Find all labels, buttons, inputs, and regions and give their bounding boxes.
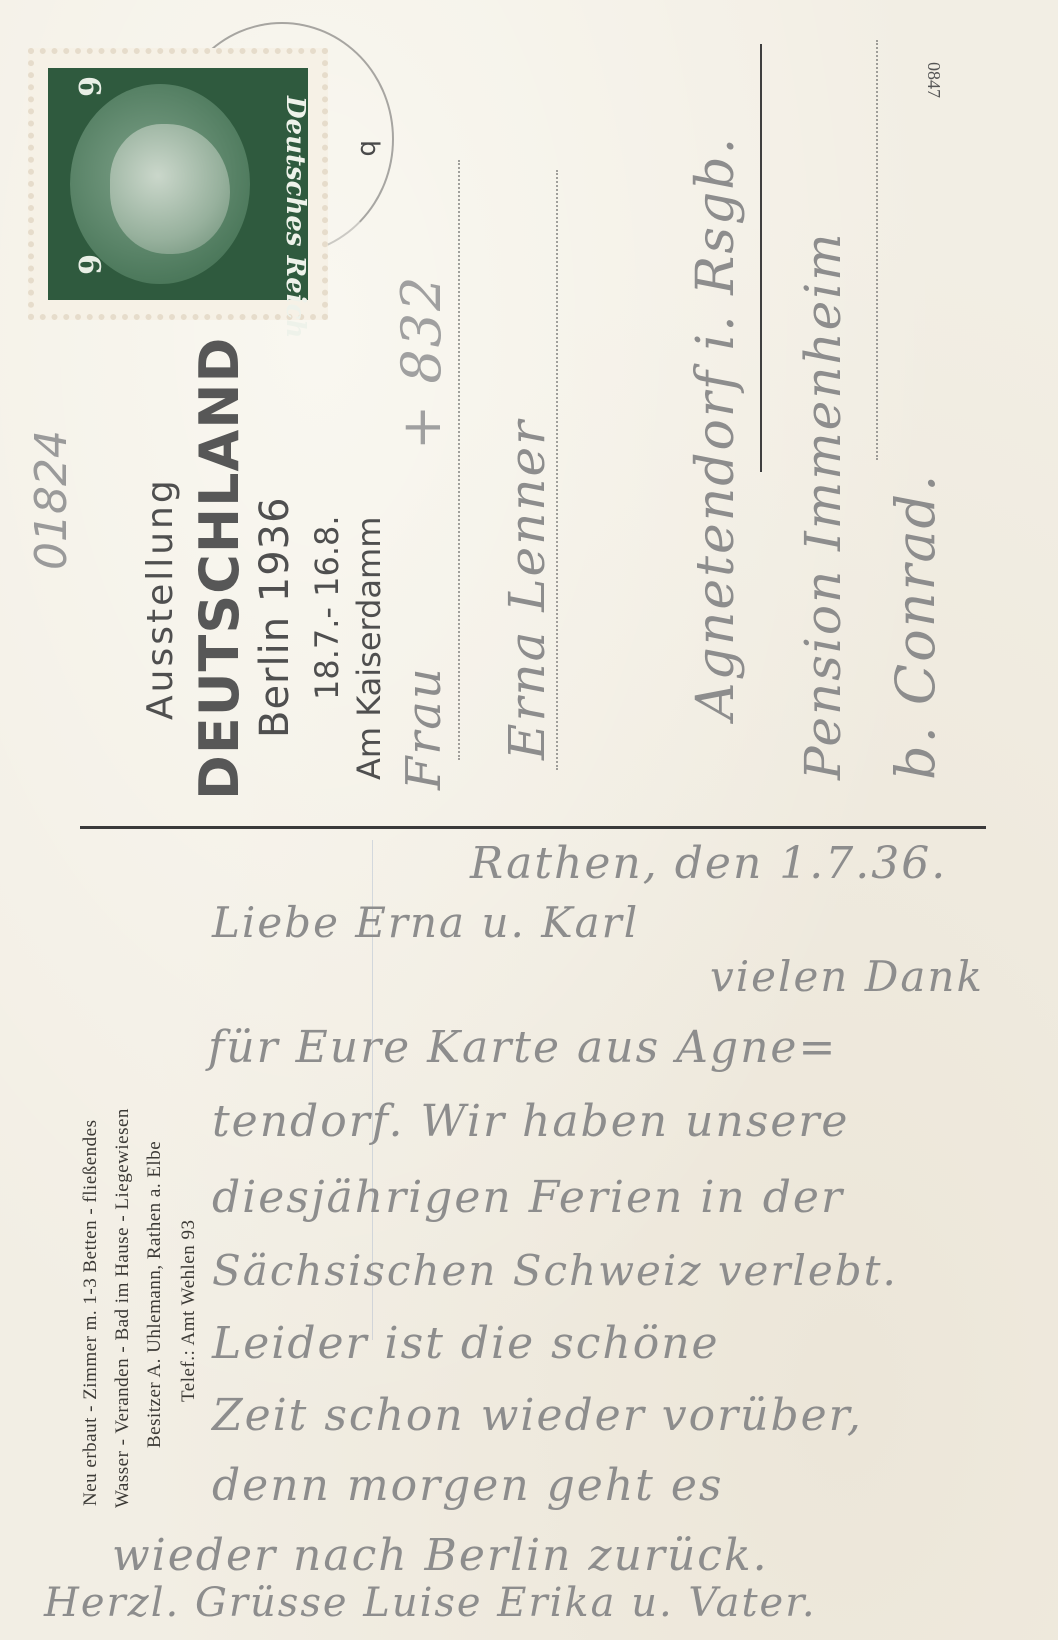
message-signature: Herzl. Grüsse Luise Erika u. Vater. (44, 1580, 817, 1626)
serial-number: 0847 (923, 62, 944, 98)
address-line-salutation: Frau (396, 666, 452, 790)
stamp-face: 6 6 Deutsches Reich (48, 68, 308, 300)
address-line-care-of: b. Conrad. (884, 473, 947, 780)
message-line: Leider ist die schöne (212, 1318, 720, 1369)
message-line: Zeit schon wieder vorüber, (212, 1390, 863, 1441)
printed-info-line-4: Telef.: Amt Wehlen 93 (178, 1220, 200, 1402)
postcard-back: 01824 0847 b 6 6 Deutsches Reich Ausstel… (0, 0, 1058, 1640)
address-pencil-note: + 832 (390, 275, 453, 450)
slogan-line-ausstellung: Ausstellung (140, 477, 181, 720)
archive-number: 01824 (26, 430, 77, 570)
message-line: denn morgen geht es (212, 1460, 723, 1511)
printed-info-line-2: Wasser - Veranden - Bad im Hause - Liege… (112, 1108, 134, 1508)
postage-stamp: 6 6 Deutsches Reich (28, 48, 328, 320)
address-dotted-line-3 (876, 40, 878, 460)
address-line-name: Erna Lenner (498, 419, 556, 760)
address-dotted-line-2 (556, 170, 558, 770)
printed-info-line-3: Besitzer A. Uhlemann, Rathen a. Elbe (144, 1141, 166, 1448)
address-message-divider (80, 826, 986, 829)
slogan-line-kaiserdamm: Am Kaiserdamm (350, 517, 388, 780)
message-line: wieder nach Berlin zurück. (112, 1530, 769, 1581)
message-line: diesjährigen Ferien in der (212, 1172, 844, 1223)
stamp-value-top: 6 (71, 76, 106, 97)
message-place-date: Rathen, den 1.7.36. (470, 838, 947, 889)
address-dotted-line-1 (458, 160, 460, 760)
stamp-value-bottom: 6 (71, 254, 106, 275)
address-line-town: Agnetendorf i. Rsgb. (686, 136, 746, 720)
address-line-pension: Pension Immenheim (794, 231, 852, 780)
stamp-country: Deutsches Reich (280, 96, 310, 338)
message-line: Sächsischen Schweiz verlebt. (212, 1246, 898, 1295)
printed-info-line-1: Neu erbaut - Zimmer m. 1-3 Betten - flie… (80, 1119, 102, 1506)
message-line: tendorf. Wir haben unsere (212, 1096, 849, 1147)
portrait-icon (110, 124, 230, 254)
address-underline (760, 44, 762, 472)
message-line: vielen Dank (710, 952, 984, 1001)
message-line: für Eure Karte aus Agne= (208, 1022, 837, 1073)
slogan-line-berlin-1936: Berlin 1936 (252, 496, 298, 738)
slogan-line-dates: 18.7.- 16.8. (308, 515, 346, 700)
message-line: Liebe Erna u. Karl (212, 898, 639, 947)
postmark-letter: b (354, 140, 384, 157)
slogan-line-deutschland: DEUTSCHLAND (188, 337, 251, 800)
